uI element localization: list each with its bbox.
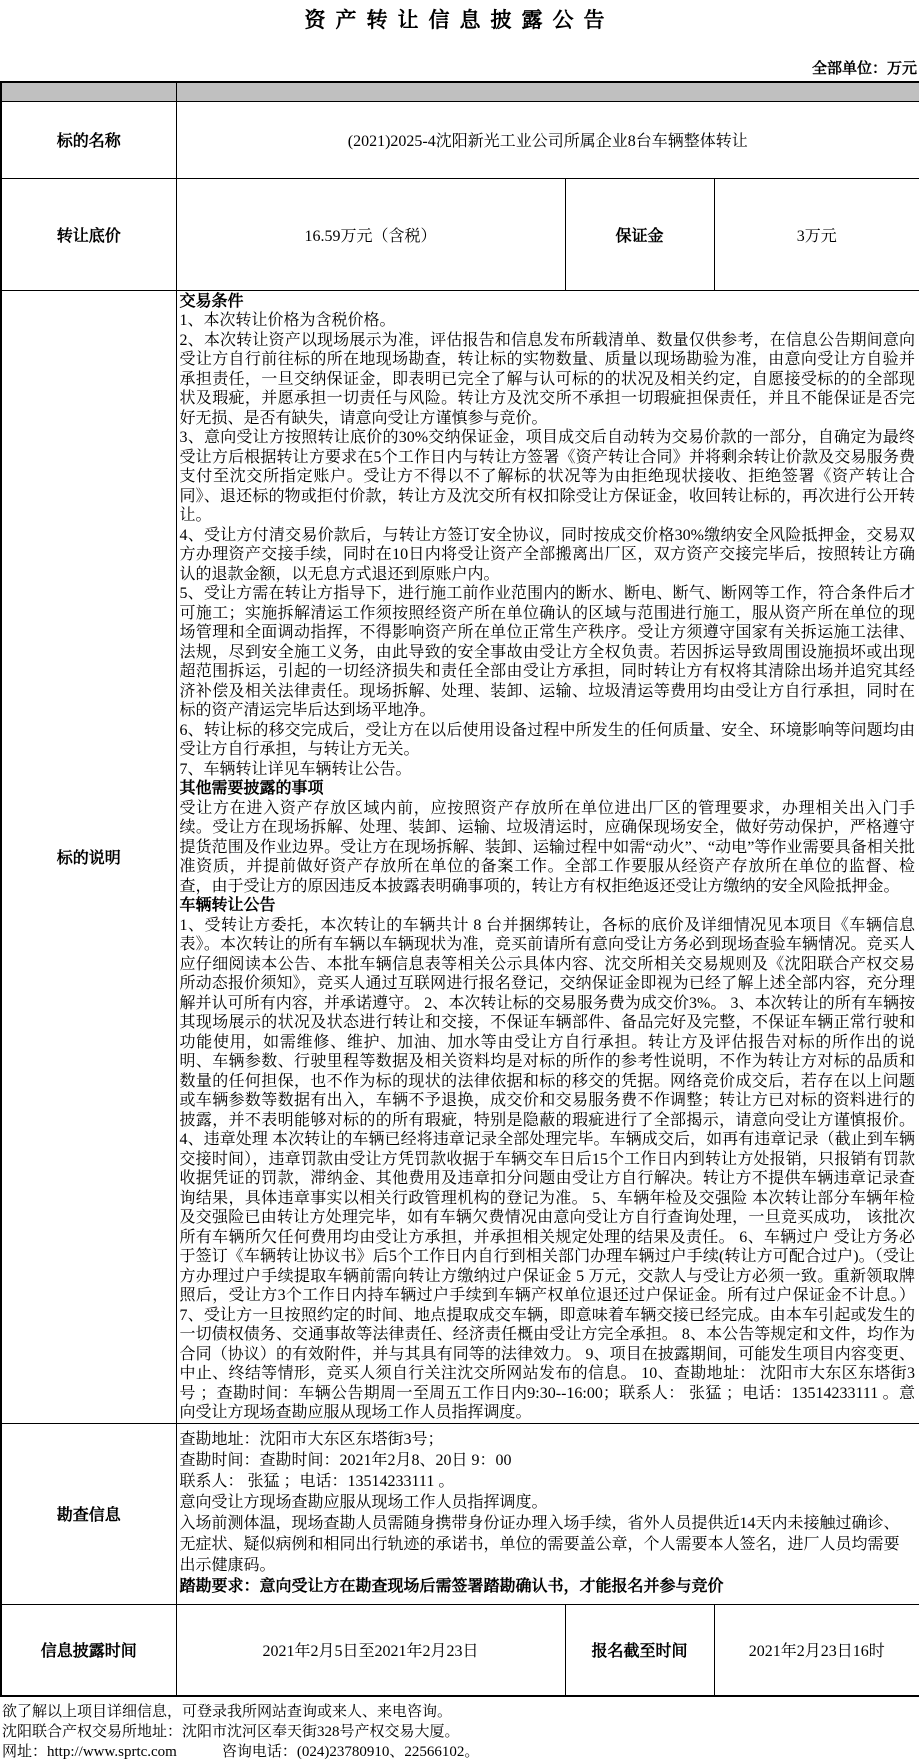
footer-line: 欲了解以上项目详细信息，可登录我所网站查询或来人、来电咨询。 (2, 1702, 919, 1722)
header-cell-right (176, 82, 919, 101)
deposit-value: 3万元 (714, 178, 919, 290)
disclosure-time-row: 信息披露时间 2021年2月5日至2021年2月23日 报名截至时间 2021年… (1, 1604, 919, 1696)
description-paragraph: 4、受让方付清交易价款后，与转让方签订安全协议，同时按成交价格30%缴纳安全风险… (180, 526, 916, 585)
unit-note: 全部单位：万元 (0, 60, 919, 78)
description-paragraph: 其他需要披露的事项 (180, 779, 916, 799)
announcement-document: 资产转让信息披露公告 全部单位：万元 标的名称 (2021)2025-4沈阳新光… (0, 0, 919, 1762)
subject-name-row: 标的名称 (2021)2025-4沈阳新光工业公司所属企业8台车辆整体转让 (1, 101, 919, 178)
description-paragraph: 1、本次转让价格为含税价格。 (180, 311, 916, 331)
footer-notes: 欲了解以上项目详细信息，可登录我所网站查询或来人、来电咨询。沈阳联合产权交易所地… (0, 1702, 919, 1762)
description-paragraph: 受让方在进入资产存放区域内前，应按照资产存放所在单位进出厂区的管理要求，办理相关… (180, 799, 916, 897)
base-price-value: 16.59万元（含税） (176, 178, 565, 290)
subject-name-value: (2021)2025-4沈阳新光工业公司所属企业8台车辆整体转让 (176, 101, 919, 178)
survey-line: 查勘时间：查勘时间：2021年2月8、20日 9：00 (180, 1450, 916, 1471)
survey-line: 联系人： 张猛 ；电话：13514233111 。 (180, 1471, 916, 1492)
table-header-row (1, 82, 919, 101)
registration-deadline-value: 2021年2月23日16时 (714, 1604, 919, 1696)
survey-info-row: 勘查信息 查勘地址：沈阳市大东区东塔街3号；查勘时间：查勘时间：2021年2月8… (1, 1423, 919, 1604)
registration-deadline-label: 报名截至时间 (565, 1604, 714, 1696)
disclosure-time-label: 信息披露时间 (1, 1604, 176, 1696)
header-cell-left (1, 82, 176, 101)
disclosure-table: 标的名称 (2021)2025-4沈阳新光工业公司所属企业8台车辆整体转让 转让… (0, 81, 919, 1697)
description-paragraph: 交易条件 (180, 292, 916, 312)
description-paragraph: 1、受转让方委托，本次转让的车辆共计 8 台并捆绑转让，各标的底价及详细情况见本… (180, 916, 916, 1423)
price-row: 转让底价 16.59万元（含税） 保证金 3万元 (1, 178, 919, 290)
footer-line: 沈阳联合产权交易所地址：沈阳市沈河区奉天街328号产权交易大厦。 (2, 1722, 919, 1742)
survey-info-text: 查勘地址：沈阳市大东区东塔街3号；查勘时间：查勘时间：2021年2月8、20日 … (176, 1423, 919, 1604)
survey-line: 入场前测体温，现场查勘人员需随身携带身份证办理入场手续，省外人员提供近14天内未… (180, 1513, 916, 1576)
survey-line: 踏勘要求：意向受让方在勘查现场后需签署踏勘确认书，才能报名并参与竞价 (180, 1576, 916, 1597)
survey-info-label: 勘查信息 (1, 1423, 176, 1604)
description-paragraph: 3、意向受让方按照转让底价的30%交纳保证金，项目成交后自动转为交易价款的一部分… (180, 428, 916, 526)
base-price-label: 转让底价 (1, 178, 176, 290)
survey-line: 查勘地址：沈阳市大东区东塔街3号； (180, 1429, 916, 1450)
page-title: 资产转让信息披露公告 (0, 0, 919, 33)
disclosure-time-value: 2021年2月5日至2021年2月23日 (176, 1604, 565, 1696)
description-paragraph: 6、转让标的移交完成后，受让方在以后使用设备过程中所发生的任何质量、安全、环境影… (180, 721, 916, 760)
survey-line: 意向受让方现场查勘应服从现场工作人员指挥调度。 (180, 1492, 916, 1513)
subject-description-text: 交易条件1、本次转让价格为含税价格。2、本次转让资产以现场展示为准，评估报告和信… (176, 290, 919, 1423)
subject-description-row: 标的说明 交易条件1、本次转让价格为含税价格。2、本次转让资产以现场展示为准，评… (1, 290, 919, 1423)
subject-description-label: 标的说明 (1, 290, 176, 1423)
description-paragraph: 7、车辆转让详见车辆转让公告。 (180, 760, 916, 780)
deposit-label: 保证金 (565, 178, 714, 290)
description-paragraph: 5、受让方需在转让方指导下，进行施工前作业范围内的断水、断电、断气、断网等工作，… (180, 584, 916, 721)
footer-line: 网址：http://www.sprtc.com 咨询电话：(024)237809… (2, 1742, 919, 1762)
description-paragraph: 2、本次转让资产以现场展示为准，评估报告和信息发布所载清单、数量仅供参考，在信息… (180, 331, 916, 429)
description-paragraph: 车辆转让公告 (180, 896, 916, 916)
subject-name-label: 标的名称 (1, 101, 176, 178)
